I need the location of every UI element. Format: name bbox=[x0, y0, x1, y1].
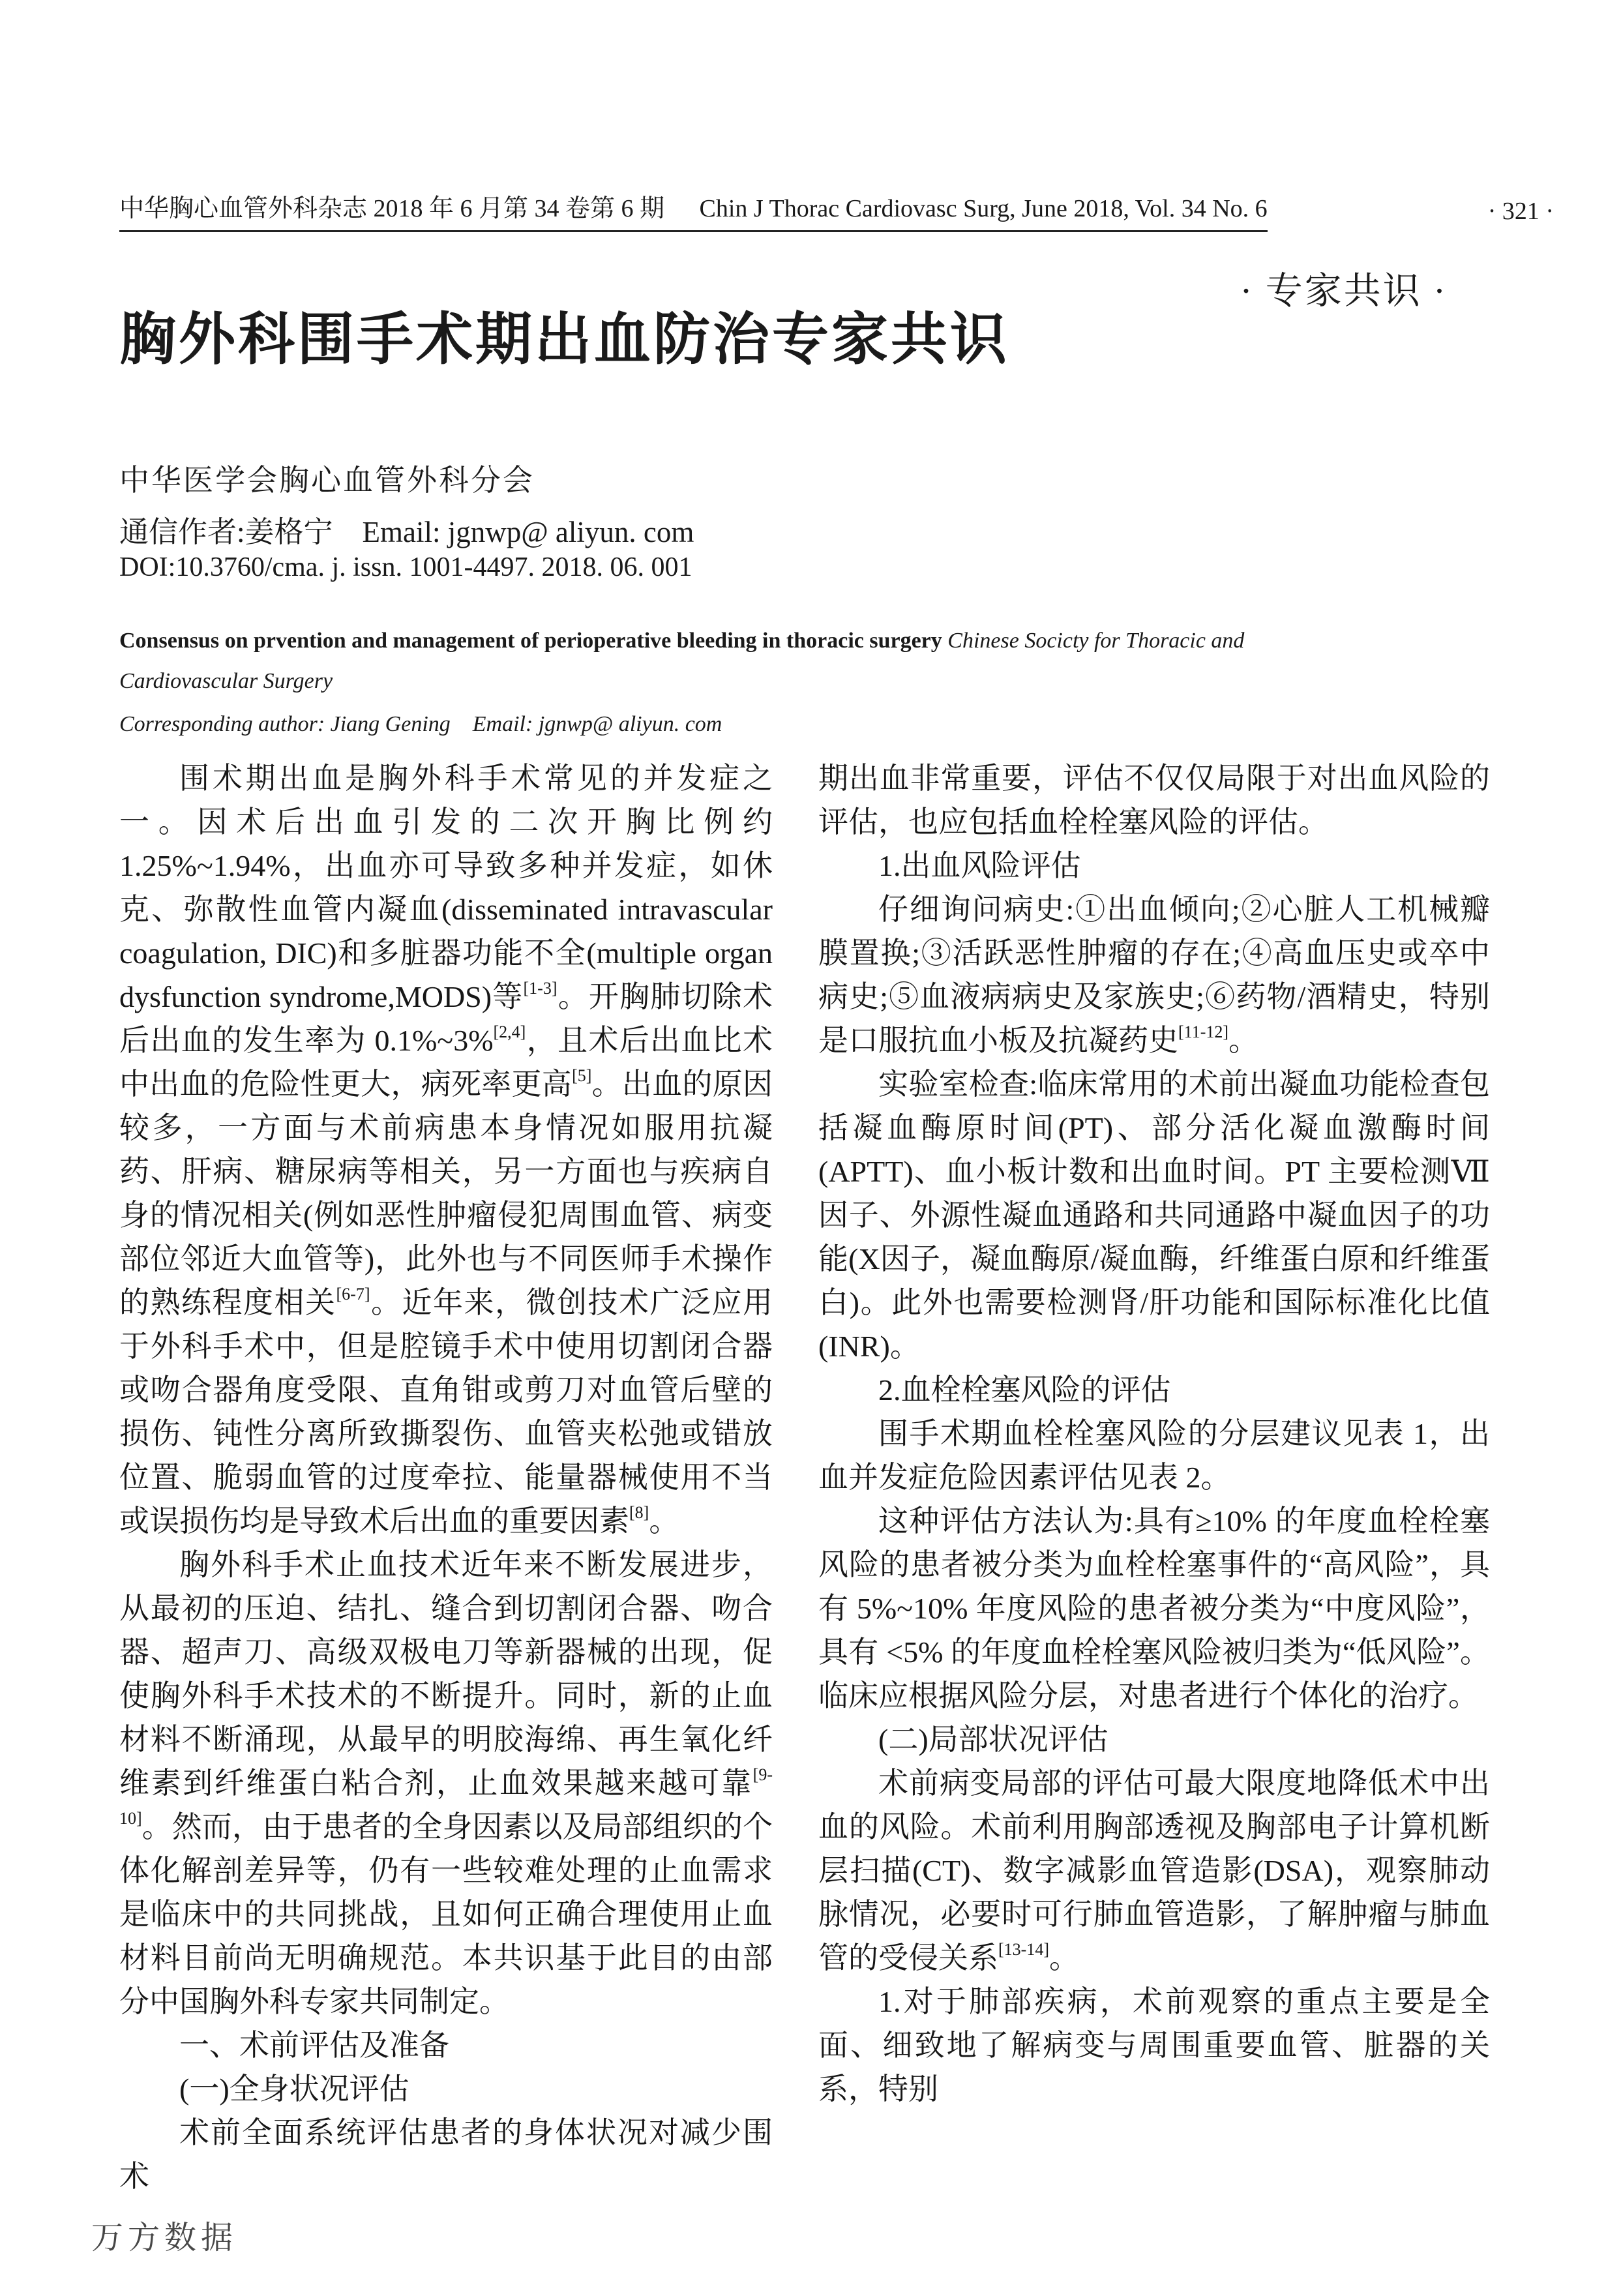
paragraph: 胸外科手术止血技术近年来不断发展进步，从最初的压迫、结扎、缝合到切割闭合器、吻合… bbox=[119, 1543, 773, 2023]
paragraph: 实验室检查:临床常用的术前出凝血功能检查包括凝血酶原时间(PT)、部分活化凝血激… bbox=[818, 1062, 1490, 1368]
paragraph: 这种评估方法认为:具有≥10% 的年度血栓栓塞风险的患者被分类为血栓栓塞事件的“… bbox=[818, 1499, 1490, 1718]
reference-superscript: [1-3] bbox=[524, 979, 558, 998]
paragraph: 一、术前评估及准备 bbox=[119, 2023, 773, 2067]
paragraph: 1.对于肺部疾病，术前观察的重点主要是全面、细致地了解病变与周围重要血管、脏器的… bbox=[818, 1980, 1490, 2111]
section-badge: · 专家共识 · bbox=[1240, 261, 1448, 314]
reference-superscript: [5] bbox=[572, 1066, 591, 1085]
wanfang-watermark: 万方数据 bbox=[91, 2213, 237, 2258]
journal-citation-cn: 中华胸心血管外科杂志 2018 年 6 月第 34 卷第 6 期 bbox=[119, 195, 664, 222]
reference-superscript: [2,4] bbox=[494, 1022, 526, 1041]
journal-citation: 中华胸心血管外科杂志 2018 年 6 月第 34 卷第 6 期 Chin J … bbox=[119, 188, 1268, 232]
reference-superscript: [6-7] bbox=[336, 1285, 370, 1304]
paragraph: (二)局部状况评估 bbox=[818, 1718, 1490, 1761]
paragraph: 围手术期血栓栓塞风险的分层建议见表 1，出血并发症危险因素评估见表 2。 bbox=[818, 1412, 1490, 1499]
paragraph: 2.血栓栓塞风险的评估 bbox=[818, 1368, 1490, 1412]
paragraph: 术前病变局部的评估可最大限度地降低术中出血的风险。术前利用胸部透视及胸部电子计算… bbox=[818, 1761, 1490, 1980]
article-title: 胸外科围手术期出血防治专家共识 bbox=[119, 293, 1009, 375]
page-header: 中华胸心血管外科杂志 2018 年 6 月第 34 卷第 6 期 Chin J … bbox=[119, 188, 1554, 232]
paragraph: 仔细询问病史:①出血倾向;②心脏人工机械瓣膜置换;③活跃恶性肿瘤的存在;④高血压… bbox=[818, 887, 1490, 1062]
reference-superscript: [9-10] bbox=[119, 1765, 773, 1828]
page-number: · 321 · bbox=[1488, 197, 1554, 232]
corresponding-author-line: 通信作者:姜格宁 Email: jgnwp@ aliyun. com bbox=[119, 508, 694, 550]
reference-superscript: [13-14] bbox=[998, 1940, 1049, 1959]
author-affiliation: 中华医学会胸心血管外科分会 bbox=[119, 456, 535, 499]
english-title-line: Consensus on prvention and management of… bbox=[119, 621, 1267, 702]
paragraph: 术前全面系统评估患者的身体状况对减少围术 bbox=[119, 2111, 773, 2198]
english-corresponding-line: Corresponding author: Jiang Gening Email… bbox=[119, 704, 1267, 745]
paragraph: (一)全身状况评估 bbox=[119, 2067, 773, 2111]
journal-page: 中华胸心血管外科杂志 2018 年 6 月第 34 卷第 6 期 Chin J … bbox=[0, 0, 1606, 2296]
journal-citation-en: Chin J Thorac Cardiovasc Surg, June 2018… bbox=[700, 195, 1268, 222]
paragraph: 1.出血风险评估 bbox=[818, 844, 1490, 887]
paragraph: 期出血非常重要，评估不仅仅局限于对出血风险的评估，也应包括血栓栓塞风险的评估。 bbox=[818, 756, 1490, 844]
reference-superscript: [11-12] bbox=[1178, 1022, 1228, 1041]
paragraph: 围术期出血是胸外科手术常见的并发症之一。因术后出血引发的二次开胸比例约 1.25… bbox=[119, 756, 773, 1543]
english-title: Consensus on prvention and management of… bbox=[119, 629, 942, 653]
right-column: 期出血非常重要，评估不仅仅局限于对出血风险的评估，也应包括血栓栓塞风险的评估。1… bbox=[818, 756, 1490, 2111]
doi-line: DOI:10.3760/cma. j. issn. 1001-4497. 201… bbox=[119, 552, 692, 583]
reference-superscript: [8] bbox=[629, 1503, 649, 1522]
left-column: 围术期出血是胸外科手术常见的并发症之一。因术后出血引发的二次开胸比例约 1.25… bbox=[119, 756, 773, 2198]
english-meta-block: Consensus on prvention and management of… bbox=[119, 621, 1267, 747]
